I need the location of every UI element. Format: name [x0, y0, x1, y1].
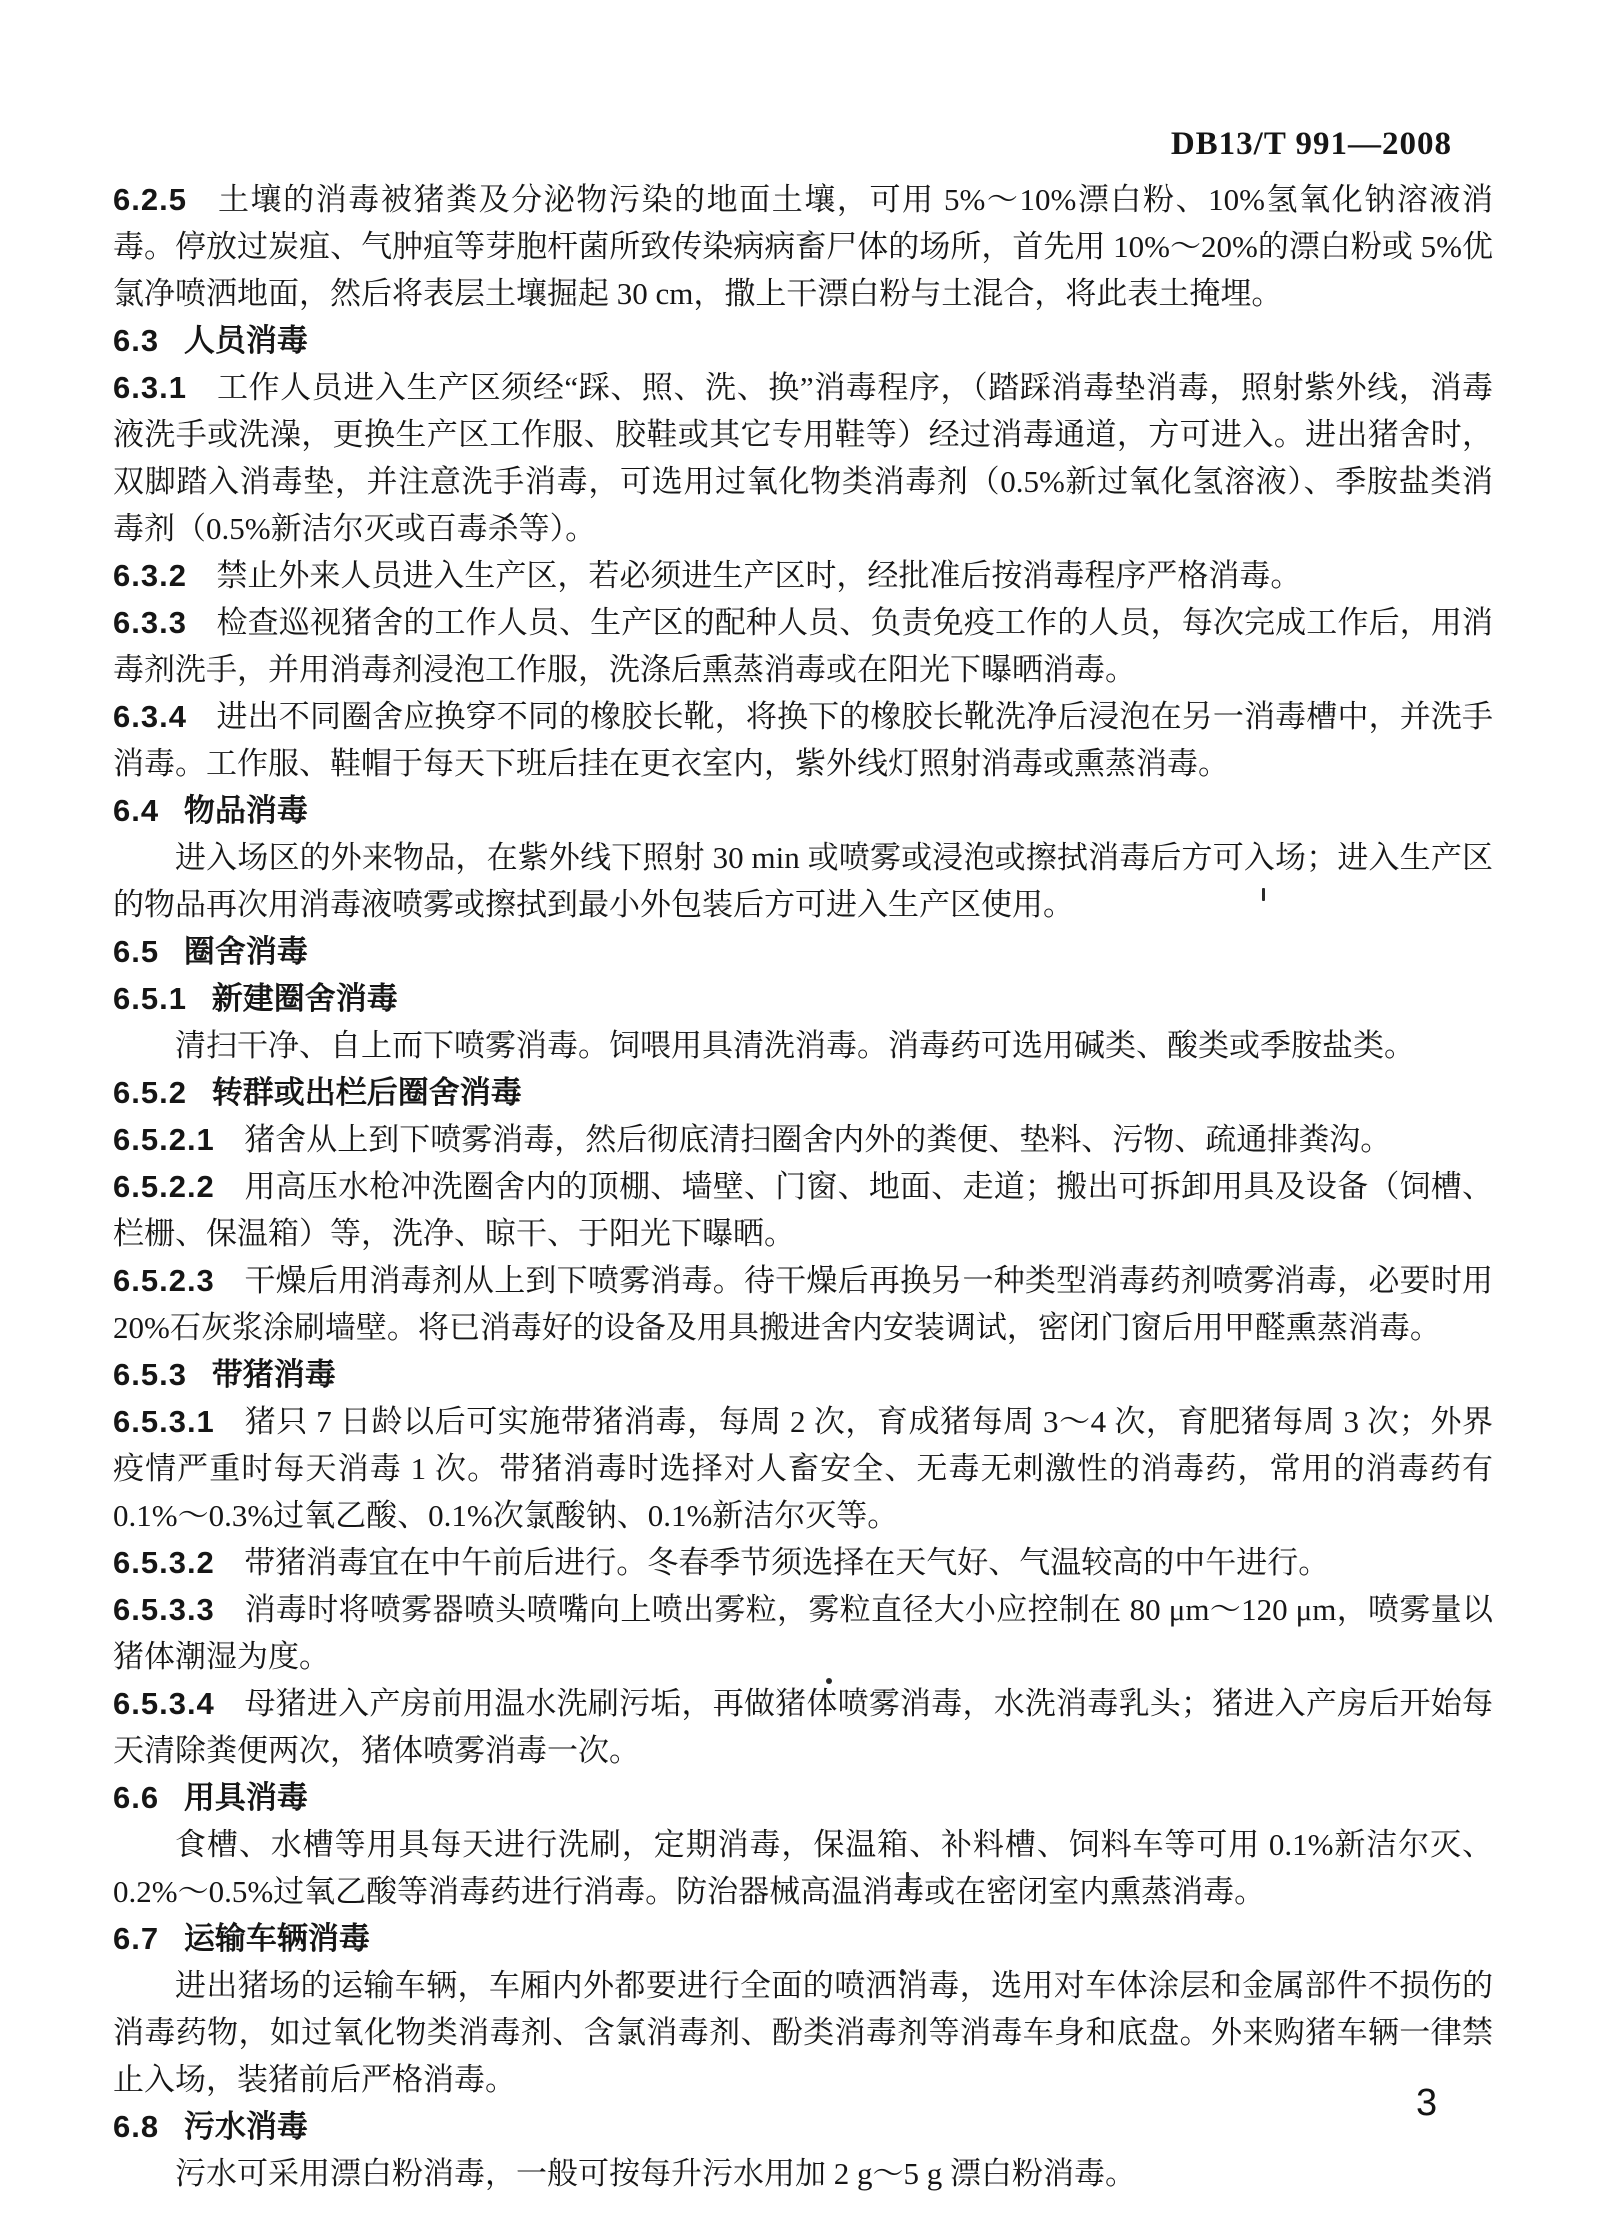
section-paragraph-23: 进出猪场的运输车辆，车厢内外都要进行全面的喷洒消毒，选用对车体涂层和金属部件不损… — [113, 1962, 1493, 2103]
section-paragraph-6.3.1: 6.3.1工作人员进入生产区须经“踩、照、洗、换”消毒程序，（踏踩消毒垫消毒，照… — [113, 364, 1493, 552]
section-paragraph-6.5.3.2: 6.5.3.2带猪消毒宜在中午前后进行。冬春季节须选择在天气好、气温较高的中午进… — [113, 1539, 1493, 1586]
section-paragraph-6.3.3: 6.3.3检查巡视猪舍的工作人员、生产区的配种人员、负责免疫工作的人员，每次完成… — [113, 599, 1493, 693]
section-paragraph-6.5.2.2: 6.5.2.2用高压水枪冲洗圈舍内的顶棚、墙壁、门窗、地面、走道；搬出可拆卸用具… — [113, 1163, 1493, 1257]
section-text: 转群或出栏后圈舍消毒 — [212, 1075, 522, 1110]
section-paragraph-6.2.5: 6.2.5土壤的消毒被猪粪及分泌物污染的地面土壤，可用 5%～10%漂白粉、10… — [113, 176, 1493, 317]
section-text: 清扫干净、自上而下喷雾消毒。饲喂用具清洗消毒。消毒药可选用碱类、酸类或季胺盐类。 — [175, 1028, 1415, 1063]
section-text: 运输车辆消毒 — [184, 1921, 370, 1956]
section-text: 进出猪场的运输车辆，车厢内外都要进行全面的喷洒消毒，选用对车体涂层和金属部件不损… — [113, 1968, 1493, 2097]
section-heading-6.5.1: 6.5.1新建圈舍消毒 — [113, 975, 1493, 1022]
section-heading-6.5.3: 6.5.3带猪消毒 — [113, 1351, 1493, 1398]
section-number: 6.5.3.4 — [113, 1686, 215, 1721]
section-number: 6.5.3.2 — [113, 1545, 215, 1580]
section-paragraph-7: 进入场区的外来物品，在紫外线下照射 30 min 或喷雾或浸泡或擦拭消毒后方可入… — [113, 834, 1493, 928]
section-heading-6.4: 6.4物品消毒 — [113, 787, 1493, 834]
section-number: 6.5.1 — [113, 981, 187, 1016]
document-page: DB13/T 991—2008 6.2.5土壤的消毒被猪粪及分泌物污染的地面土壤… — [0, 0, 1600, 2219]
section-heading-6.6: 6.6用具消毒 — [113, 1774, 1493, 1821]
section-text: 检查巡视猪舍的工作人员、生产区的配种人员、负责免疫工作的人员，每次完成工作后，用… — [113, 605, 1493, 687]
section-number: 6.2.5 — [113, 182, 187, 217]
section-text: 工作人员进入生产区须经“踩、照、洗、换”消毒程序，（踏踩消毒垫消毒，照射紫外线，… — [113, 370, 1493, 546]
section-text: 物品消毒 — [184, 793, 308, 828]
section-text: 母猪进入产房前用温水洗刷污垢，再做猪体喷雾消毒，水洗消毒乳头；猪进入产房后开始每… — [113, 1686, 1493, 1768]
section-number: 6.5.3 — [113, 1357, 187, 1392]
section-text: 干燥后用消毒剂从上到下喷雾消毒。待干燥后再换另一种类型消毒药剂喷雾消毒，必要时用… — [113, 1263, 1493, 1345]
section-paragraph-6.3.2: 6.3.2禁止外来人员进入生产区，若必须进生产区时，经批准后按消毒程序严格消毒。 — [113, 552, 1493, 599]
section-text: 用高压水枪冲洗圈舍内的顶棚、墙壁、门窗、地面、走道；搬出可拆卸用具及设备（饲槽、… — [113, 1169, 1493, 1251]
section-paragraph-6.5.3.3: 6.5.3.3消毒时将喷雾器喷头喷嘴向上喷出雾粒，雾粒直径大小应控制在 80 μ… — [113, 1586, 1493, 1680]
section-number: 6.5 — [113, 934, 159, 969]
section-text: 消毒时将喷雾器喷头喷嘴向上喷出雾粒，雾粒直径大小应控制在 80 μm～120 μ… — [113, 1592, 1493, 1674]
section-text: 污水消毒 — [184, 2109, 308, 2144]
section-number: 6.6 — [113, 1780, 159, 1815]
section-number: 6.5.2.3 — [113, 1263, 215, 1298]
section-number: 6.7 — [113, 1921, 159, 1956]
scan-artifact — [1262, 888, 1265, 901]
section-text: 食槽、水槽等用具每天进行洗刷，定期消毒，保温箱、补料槽、饲料车等可用 0.1%新… — [113, 1827, 1493, 1909]
section-text: 猪舍从上到下喷雾消毒，然后彻底清扫圈舍内外的粪便、垫料、污物、疏通排粪沟。 — [244, 1122, 1391, 1157]
section-paragraph-6.3.4: 6.3.4进出不同圈舍应换穿不同的橡胶长靴，将换下的橡胶长靴洗净后浸泡在另一消毒… — [113, 693, 1493, 787]
section-paragraph-10: 清扫干净、自上而下喷雾消毒。饲喂用具清洗消毒。消毒药可选用碱类、酸类或季胺盐类。 — [113, 1022, 1493, 1069]
section-number: 6.3.2 — [113, 558, 187, 593]
section-text: 污水可采用漂白粉消毒，一般可按每升污水用加 2 g～5 g 漂白粉消毒。 — [175, 2156, 1136, 2191]
section-number: 6.3.4 — [113, 699, 187, 734]
section-number: 6.5.2.2 — [113, 1169, 215, 1204]
scan-artifact — [906, 1872, 909, 1894]
section-number: 6.5.3.3 — [113, 1592, 215, 1627]
section-text: 进入场区的外来物品，在紫外线下照射 30 min 或喷雾或浸泡或擦拭消毒后方可入… — [113, 840, 1493, 922]
section-paragraph-21: 食槽、水槽等用具每天进行洗刷，定期消毒，保温箱、补料槽、饲料车等可用 0.1%新… — [113, 1821, 1493, 1915]
section-number: 6.8 — [113, 2109, 159, 2144]
section-text: 新建圈舍消毒 — [212, 981, 398, 1016]
section-number: 6.3.1 — [113, 370, 187, 405]
section-paragraph-25: 污水可采用漂白粉消毒，一般可按每升污水用加 2 g～5 g 漂白粉消毒。 — [113, 2150, 1493, 2197]
section-paragraph-6.5.3.1: 6.5.3.1猪只 7 日龄以后可实施带猪消毒，每周 2 次，育成猪每周 3～4… — [113, 1398, 1493, 1539]
section-number: 6.4 — [113, 793, 159, 828]
section-paragraph-6.5.2.1: 6.5.2.1猪舍从上到下喷雾消毒，然后彻底清扫圈舍内外的粪便、垫料、污物、疏通… — [113, 1116, 1493, 1163]
section-paragraph-6.5.3.4: 6.5.3.4母猪进入产房前用温水洗刷污垢，再做猪体喷雾消毒，水洗消毒乳头；猪进… — [113, 1680, 1493, 1774]
section-number: 6.3 — [113, 323, 159, 358]
section-number: 6.5.2.1 — [113, 1122, 215, 1157]
section-text: 人员消毒 — [184, 323, 308, 358]
section-text: 圈舍消毒 — [184, 934, 308, 969]
section-paragraph-6.5.2.3: 6.5.2.3干燥后用消毒剂从上到下喷雾消毒。待干燥后再换另一种类型消毒药剂喷雾… — [113, 1257, 1493, 1351]
section-text: 土壤的消毒被猪粪及分泌物污染的地面土壤，可用 5%～10%漂白粉、10%氢氧化钠… — [113, 182, 1493, 311]
section-text: 用具消毒 — [184, 1780, 308, 1815]
section-heading-6.5.2: 6.5.2转群或出栏后圈舍消毒 — [113, 1069, 1493, 1116]
section-number: 6.5.2 — [113, 1075, 187, 1110]
section-heading-6.5: 6.5圈舍消毒 — [113, 928, 1493, 975]
scan-artifact — [826, 1678, 832, 1684]
standard-code-header: DB13/T 991—2008 — [1171, 126, 1452, 163]
section-text: 带猪消毒 — [212, 1357, 336, 1392]
section-text: 进出不同圈舍应换穿不同的橡胶长靴，将换下的橡胶长靴洗净后浸泡在另一消毒槽中，并洗… — [113, 699, 1493, 781]
section-heading-6.3: 6.3人员消毒 — [113, 317, 1493, 364]
section-text: 猪只 7 日龄以后可实施带猪消毒，每周 2 次，育成猪每周 3～4 次，育肥猪每… — [113, 1404, 1493, 1533]
section-text: 禁止外来人员进入生产区，若必须进生产区时，经批准后按消毒程序严格消毒。 — [216, 558, 1301, 593]
section-heading-6.8: 6.8污水消毒 — [113, 2103, 1493, 2150]
document-body: 6.2.5土壤的消毒被猪粪及分泌物污染的地面土壤，可用 5%～10%漂白粉、10… — [113, 176, 1493, 2197]
scan-artifact — [900, 1969, 905, 1976]
page-number: 3 — [1416, 2082, 1437, 2125]
section-heading-6.7: 6.7运输车辆消毒 — [113, 1915, 1493, 1962]
section-text: 带猪消毒宜在中午前后进行。冬春季节须选择在天气好、气温较高的中午进行。 — [244, 1545, 1329, 1580]
section-number: 6.5.3.1 — [113, 1404, 215, 1439]
section-number: 6.3.3 — [113, 605, 187, 640]
